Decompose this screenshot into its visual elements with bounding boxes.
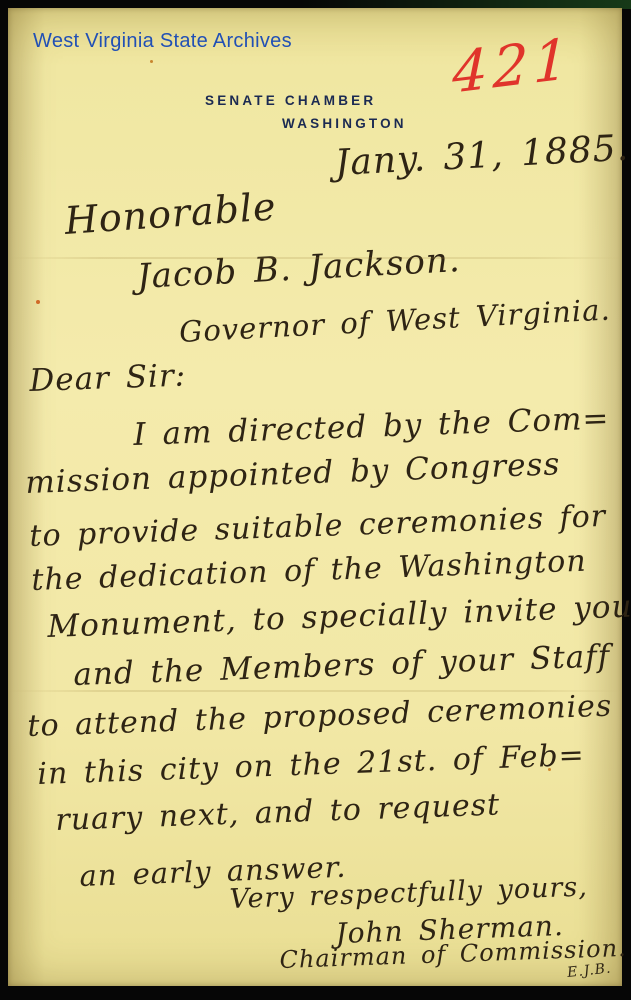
salutation: Dear Sir: — [29, 361, 187, 397]
body-line: to provide suitable ceremonies for — [29, 502, 607, 552]
paper-speck — [548, 768, 551, 771]
paper-speck — [150, 60, 153, 63]
body-line: the dedication of the Washington — [31, 547, 587, 596]
fold-crease — [8, 257, 622, 259]
archive-watermark: West Virginia State Archives — [33, 30, 292, 53]
fold-crease — [8, 690, 622, 692]
address-line-name: Jacob B. Jackson. — [136, 243, 461, 294]
paper-speck — [36, 300, 40, 304]
body-line: mission appointed by Congress — [25, 449, 561, 499]
body-line: I am directed by the Com= — [133, 403, 610, 451]
letterhead-line1: SENATE CHAMBER — [205, 93, 376, 108]
body-line: Monument, to specially invite you — [47, 592, 631, 643]
clerk-initials: E.J.B. — [567, 961, 613, 980]
body-line: ruary next, and to request — [55, 790, 501, 836]
body-line: in this city on the 21st. of Feb= — [37, 741, 585, 790]
address-line-honorable: Honorable — [63, 187, 277, 240]
scanned-letter-frame: West Virginia State Archives 421 SENATE … — [0, 0, 631, 1000]
letter-date: Jany. 31, 1885. — [334, 131, 630, 182]
body-line: and the Members of your Staff — [73, 641, 611, 691]
body-line: to attend the proposed ceremonies — [27, 692, 613, 742]
address-line-title: Governor of West Virginia. — [178, 295, 611, 347]
letter-paper: West Virginia State Archives 421 SENATE … — [8, 8, 622, 986]
letterhead-line2: WASHINGTON — [282, 116, 407, 131]
catalog-number: 421 — [452, 26, 574, 106]
